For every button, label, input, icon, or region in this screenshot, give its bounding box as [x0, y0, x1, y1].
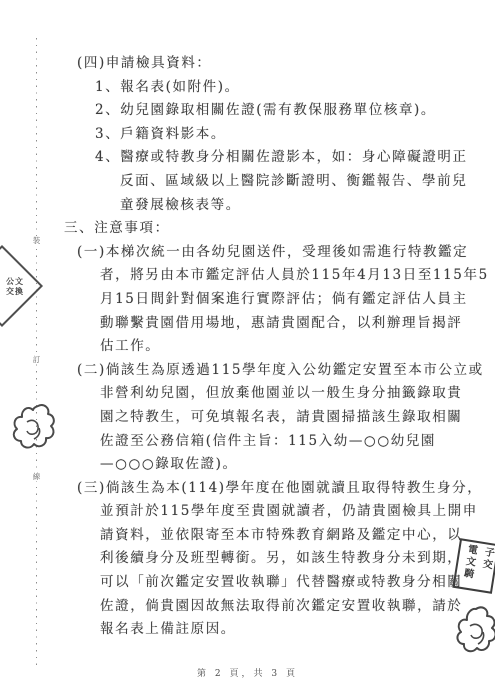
- star-stamp-left-icon: [10, 402, 56, 454]
- stamp-text: 交換: [6, 286, 24, 296]
- text-line: 報名表上備註原因。: [0, 618, 495, 642]
- text-line: 非營利幼兒園，但放棄他園並以一般生身分抽籤錄取貴: [0, 382, 495, 406]
- seam-stamp-left-text: 公文 交換: [0, 259, 29, 313]
- text-line: (二)倘該生為原透過115學年度入公幼鑑定安置至本市公立或: [0, 359, 495, 383]
- text-line: 利後續身分及班型轉銜。另，如該生特教身分未到期，: [0, 547, 495, 571]
- document-body: (四)申請檢具資料：1、報名表(如附件)。2、幼兒園錄取相關佐證(需有教保服務單…: [0, 52, 495, 642]
- text-line: 佐證，倘貴園因故無法取得前次鑑定安置收執聯，請於: [0, 595, 495, 619]
- stamp-text: 公文: [6, 276, 24, 286]
- star-stamp-right-icon: [456, 604, 495, 658]
- text-line: —○○○錄取佐證)。: [0, 453, 495, 477]
- text-line: 園之特教生，可免填報名表，請貴園掃描該生錄取相關: [0, 406, 495, 430]
- text-line: 動聯繫貴園借用場地，惠請貴園配合，以利辦理旨揭評: [0, 312, 495, 336]
- text-line: 並預計於115學年度至貴園就讀者，仍請貴園檢具上開申: [0, 500, 495, 524]
- text-line: 3、戶籍資料影本。: [0, 123, 495, 147]
- text-line: 月15日間針對個案進行實際評估；倘有鑑定評估人員主: [0, 288, 495, 312]
- text-line: 佐證至公務信箱(信件主旨：115入幼—○○幼兒園: [0, 430, 495, 454]
- text-line: 請資料，並依限寄至本市特殊教育網路及鑑定中心，以: [0, 524, 495, 548]
- text-lines: (四)申請檢具資料：1、報名表(如附件)。2、幼兒園錄取相關佐證(需有教保服務單…: [0, 52, 495, 642]
- text-line: 估工作。: [0, 335, 495, 359]
- text-line: 童發展檢核表等。: [0, 194, 495, 218]
- text-line: 反面、區域級以上醫院診斷證明、衡鑑報告、學前兒: [0, 170, 495, 194]
- text-line: 可以「前次鑑定安置收執聯」代替醫療或特教身分相關: [0, 571, 495, 595]
- text-line: (一)本梯次統一由各幼兒園送件，受理後如需進行特教鑑定: [0, 241, 495, 265]
- scanned-document-page: { "page": { "background": "#ffffff", "in…: [0, 0, 495, 700]
- text-line: (四)申請檢具資料：: [0, 52, 495, 76]
- seam-stamp-right: 子交 電文騎: [452, 538, 495, 594]
- text-line: 1、報名表(如附件)。: [0, 76, 495, 100]
- page-number: 第 2 頁，共 3 頁: [0, 666, 495, 679]
- text-line: 4、醫療或特教身分相關佐證影本，如：身心障礙證明正: [0, 146, 495, 170]
- text-line: (三)倘該生為本(114)學年度在他園就讀且取得特教生身分，: [0, 477, 495, 501]
- text-line: 者，將另由本市鑑定評估人員於115年4月13日至115年5: [0, 264, 495, 288]
- text-line: 2、幼兒園錄取相關佐證(需有教保服務單位核章)。: [0, 99, 495, 123]
- text-line: 三、注意事項：: [0, 217, 495, 241]
